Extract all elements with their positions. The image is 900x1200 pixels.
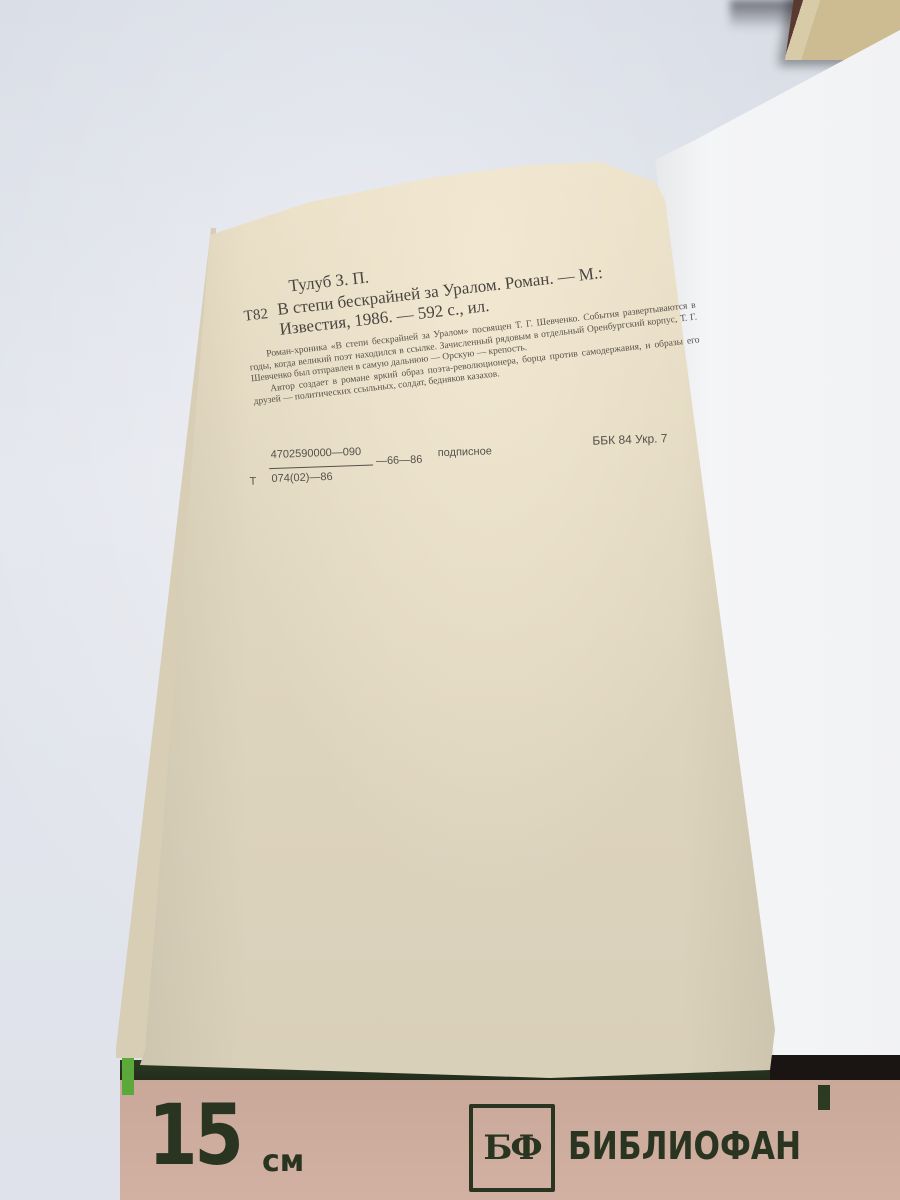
subscription-label: подписное [438, 445, 493, 459]
brand-name: БИБЛИОФАН [568, 1124, 801, 1168]
ruler-tick-left [122, 1057, 134, 1095]
catalog-prefix: Т [249, 476, 256, 488]
ruler-tick-right [818, 1085, 830, 1110]
photo-scene: 15 см БФ БИБЛИОФАН Тулуб З. П. Т82 В сте… [0, 0, 900, 1200]
open-book-logo-icon: БФ [469, 1104, 555, 1192]
catalog-denominator: 074(02)—86 [271, 471, 333, 485]
catalog-numerator: 4702590000—090 [270, 446, 361, 461]
ruler-measure-unit: см [262, 1144, 304, 1179]
ruler-measure-number: 15 [148, 1086, 241, 1184]
author-sign-code: Т82 [243, 306, 269, 326]
bbk-classification: ББК 84 Укр. 7 [592, 431, 668, 448]
fraction-line [269, 464, 373, 469]
catalog-suffix: —66—86 [376, 454, 423, 468]
logo-monogram: БФ [483, 1128, 540, 1168]
